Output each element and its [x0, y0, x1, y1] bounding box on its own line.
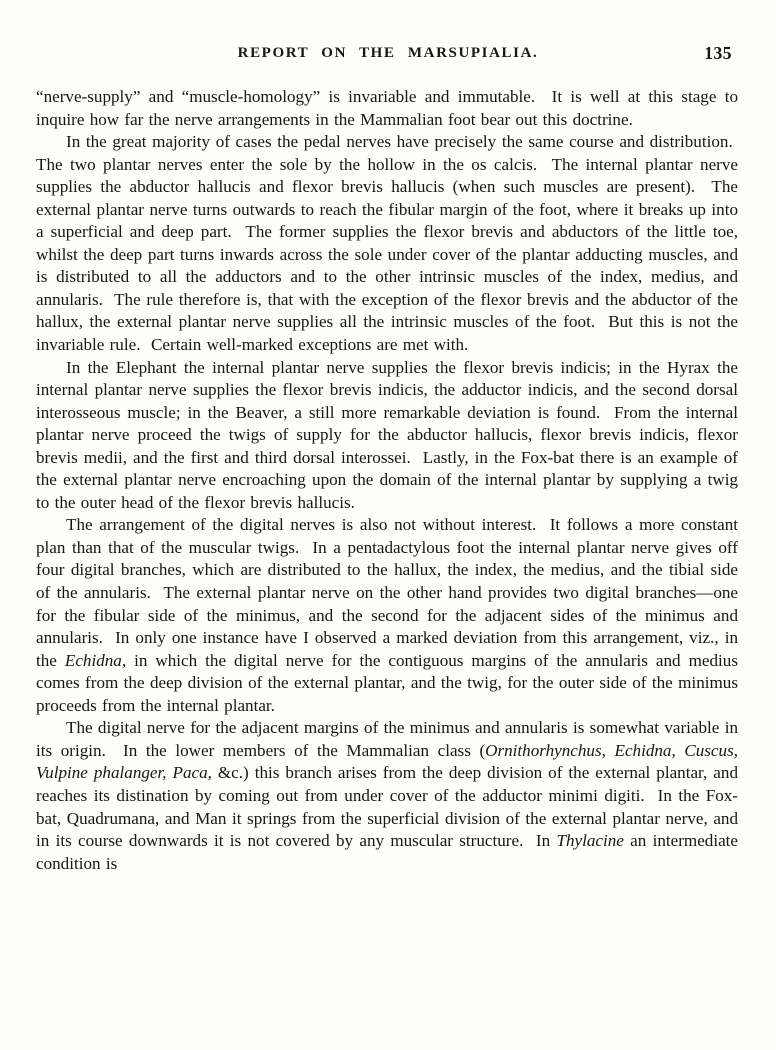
paragraph: The arrangement of the digital nerves is… — [36, 514, 738, 717]
running-head-title: REPORT ON THE MARSUPIALIA. — [0, 45, 776, 62]
paragraph: In the great majority of cases the pedal… — [36, 131, 738, 356]
paragraph: In the Elephant the internal plantar ner… — [36, 357, 738, 515]
paragraph: “nerve-supply” and “muscle-homology” is … — [36, 86, 738, 131]
paragraph: The digital nerve for the adjacent margi… — [36, 717, 738, 875]
text-body: “nerve-supply” and “muscle-homology” is … — [36, 86, 738, 875]
document-page: REPORT ON THE MARSUPIALIA. 135 “nerve-su… — [0, 0, 776, 1050]
page-number: 135 — [704, 43, 732, 64]
